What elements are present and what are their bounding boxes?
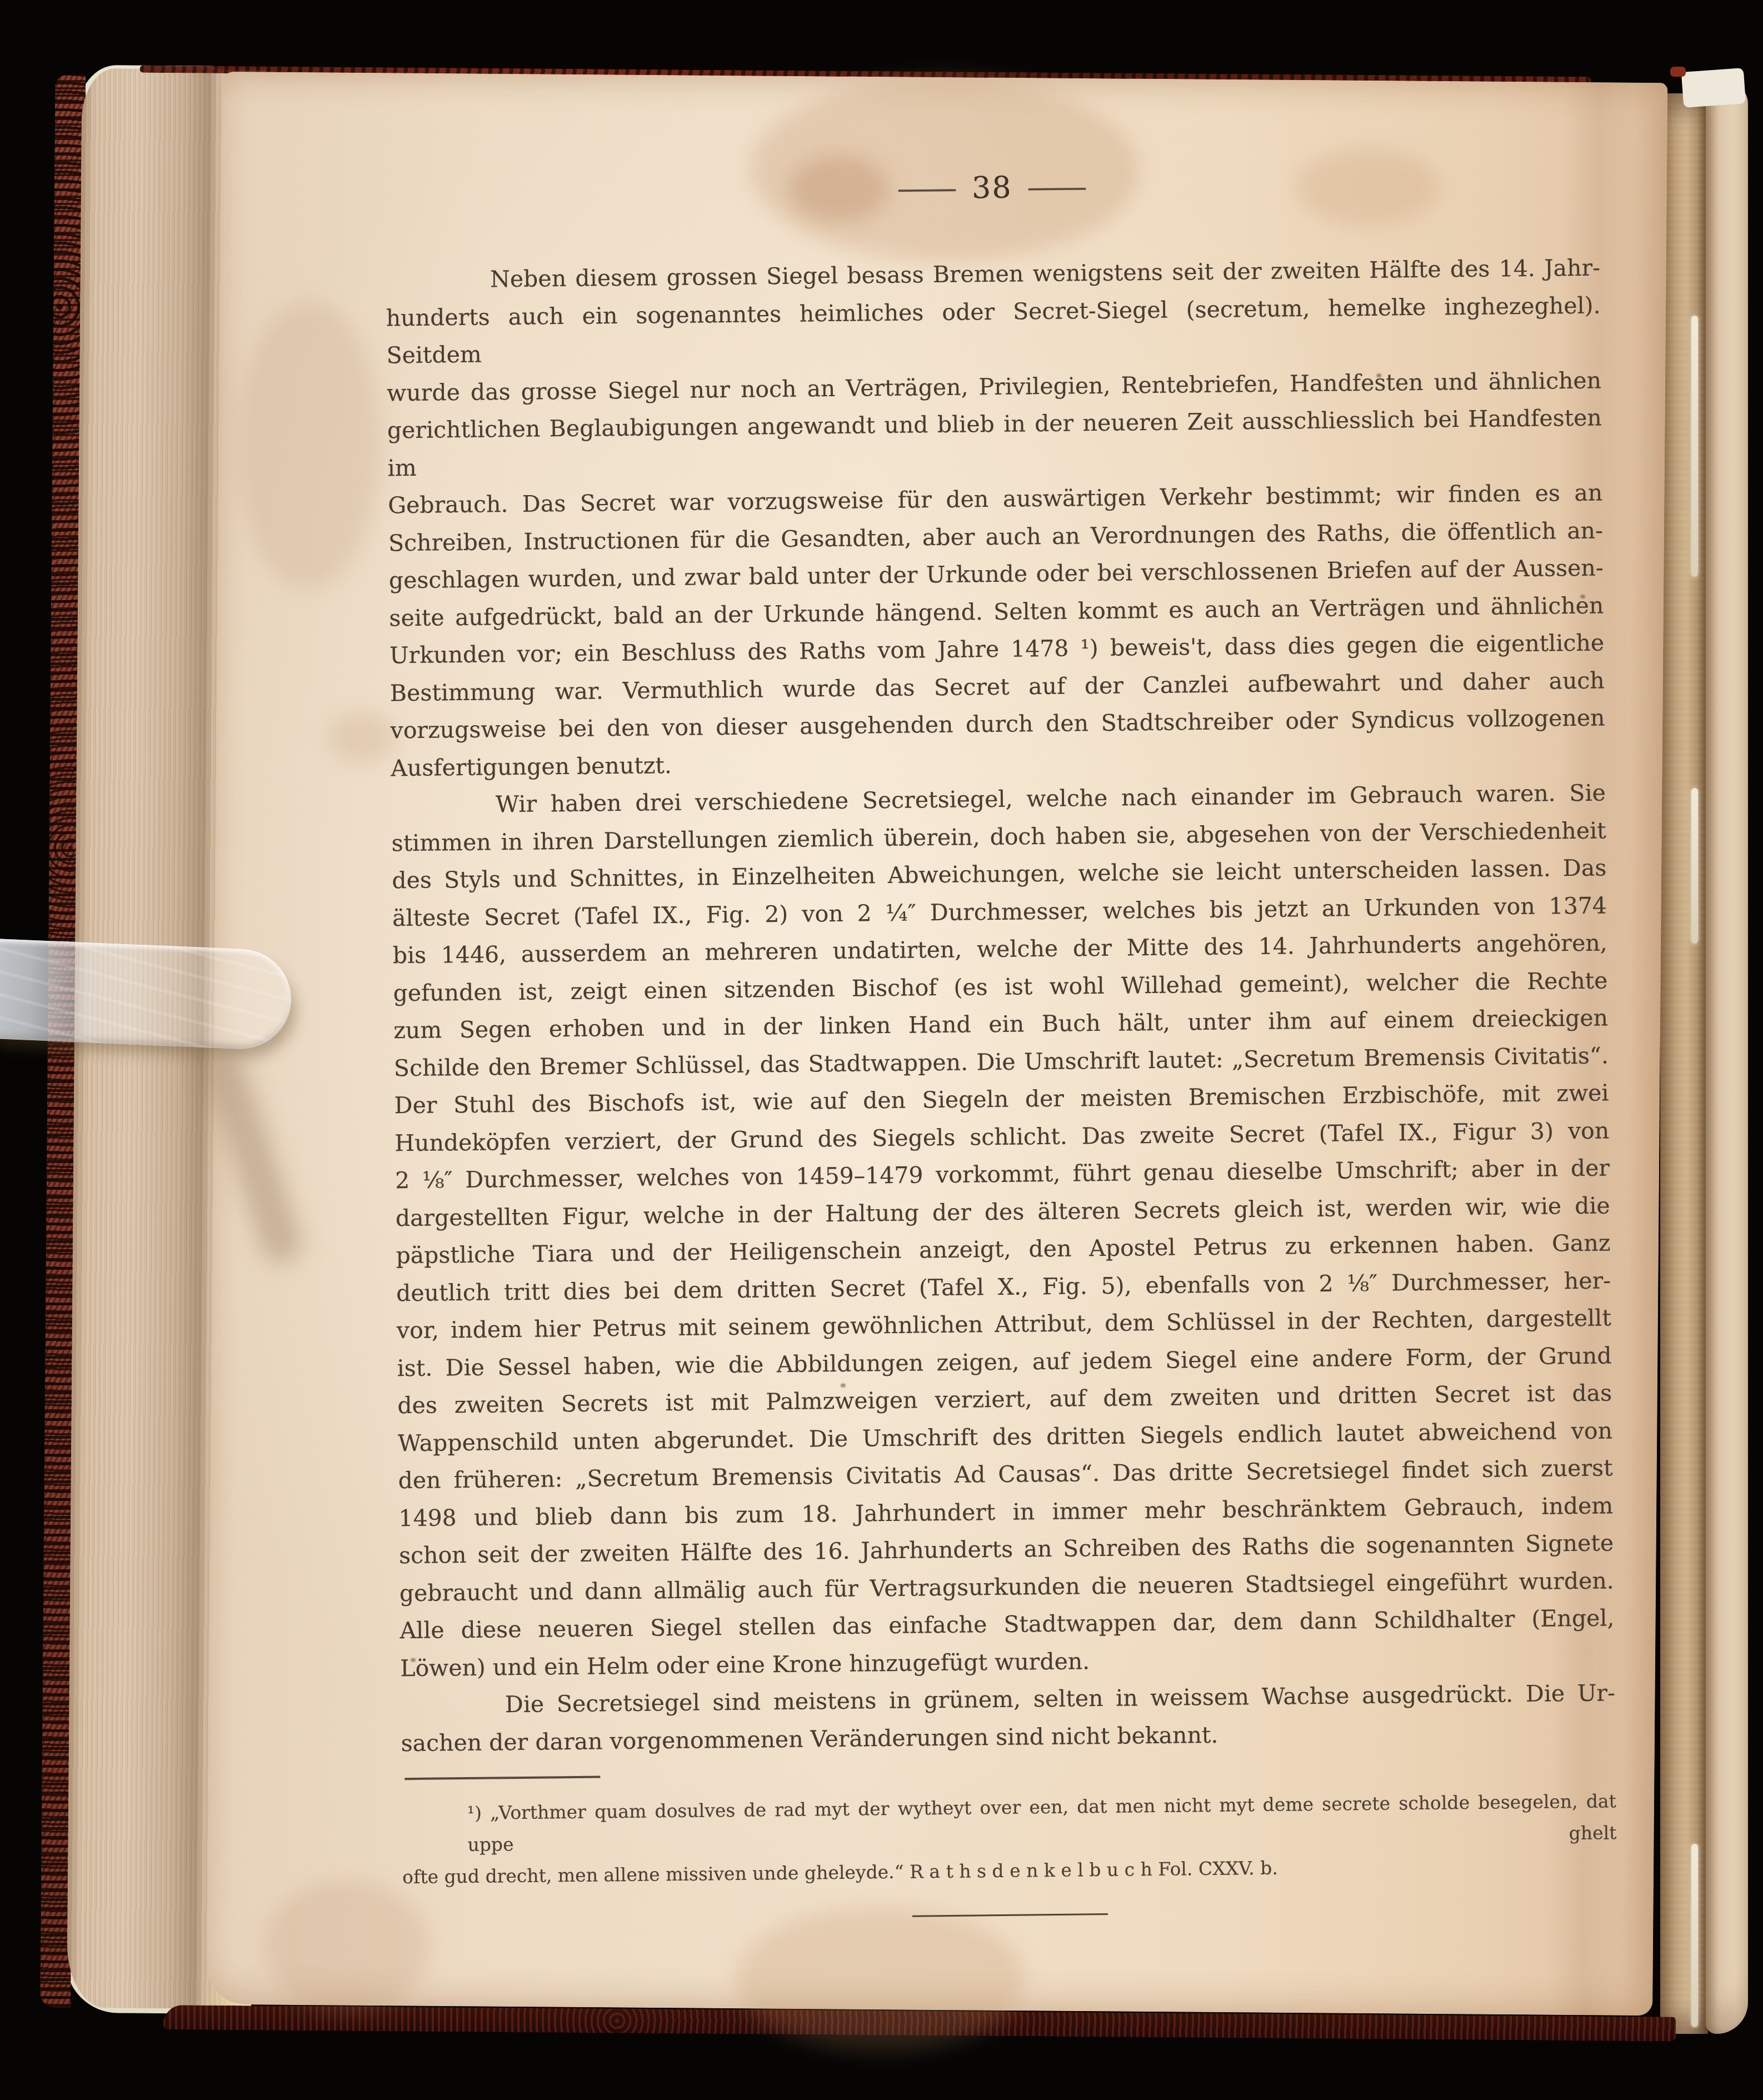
page-number: 38 bbox=[972, 169, 1012, 205]
binding-cord-highlight bbox=[1691, 316, 1698, 577]
foxing-stain bbox=[236, 301, 382, 591]
body-text: Neben diesem grossen Siegel besass Breme… bbox=[386, 250, 1616, 1763]
binding-gutter bbox=[1660, 93, 1708, 2034]
paragraph-1-line-2: hunderts auch ein sogenanntes heimliches… bbox=[386, 287, 1601, 375]
paragraph-1-line-4: gerichtlichen Beglaubigungen angewandt u… bbox=[387, 400, 1602, 487]
footnote-line-1: ¹) „Vorthmer quam dosulves de rad myt de… bbox=[402, 1785, 1617, 1861]
foxing-stain bbox=[329, 712, 396, 763]
transparent-page-holder-clip bbox=[0, 939, 293, 1051]
binding-cord-highlight bbox=[1691, 788, 1698, 944]
endpaper-tab-top-right bbox=[1681, 68, 1746, 108]
binding-cord-highlight bbox=[1691, 1844, 1698, 2027]
header-dash-right: — bbox=[1026, 169, 1089, 204]
footnote-separator-rule bbox=[404, 1776, 600, 1780]
footnote: ¹) „Vorthmer quam dosulves de rad myt de… bbox=[402, 1785, 1617, 1893]
printed-page-content: — 38 — Neben diesem grossen Siegel besas… bbox=[384, 159, 1617, 1923]
black-backdrop: — 38 — Neben diesem grossen Siegel besas… bbox=[0, 0, 1763, 2100]
opposite-page-edge bbox=[1706, 82, 1748, 2034]
book-photograph: { "colors": { "bg": "#060504", "page": "… bbox=[0, 0, 1763, 2100]
cover-fragment-top-right bbox=[1670, 67, 1686, 77]
header-dash-left: — bbox=[895, 170, 958, 206]
